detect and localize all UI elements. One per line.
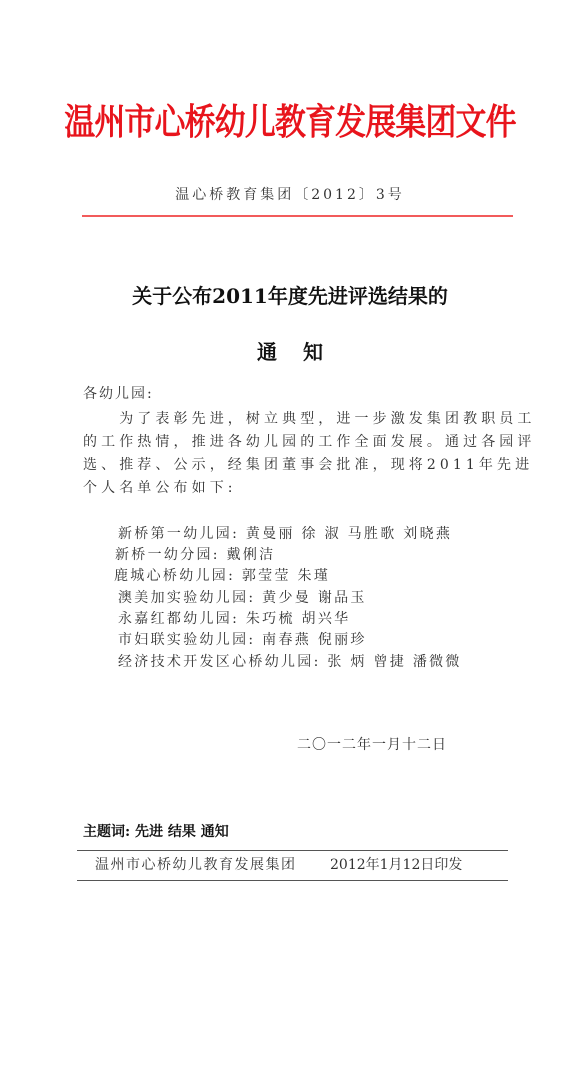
honoree-list-item: 澳美加实验幼儿园: 黄少曼 谢品玉 bbox=[118, 588, 367, 608]
issuer-name: 温州市心桥幼儿教育发展集团 bbox=[95, 855, 297, 875]
masthead-title: 温州市心桥幼儿教育发展集团文件 bbox=[41, 98, 540, 146]
honoree-list-item: 新桥第一幼儿园: 黄曼丽 徐 淑 马胜歌 刘晓燕 bbox=[118, 524, 452, 544]
paragraph-line: 选、推荐、公示，经集团董事会批准，现将2011年先进 bbox=[83, 455, 533, 475]
keywords-line: 主题词: 先进 结果 通知 bbox=[83, 822, 229, 842]
notice-title: 关于公布2011年度先进评选结果的 bbox=[0, 282, 580, 310]
honoree-list-item: 新桥一幼分园: 戴俐洁 bbox=[115, 545, 275, 565]
honoree-list-item: 永嘉红都幼儿园: 朱巧梳 胡兴华 bbox=[118, 609, 350, 629]
document-date: 二〇一二年一月十二日 bbox=[297, 735, 447, 755]
honoree-list-item: 经济技术开发区心桥幼儿园: 张 炳 曾捷 潘微微 bbox=[118, 652, 462, 672]
notice-subtitle: 通知 bbox=[0, 338, 580, 366]
footer-divider-bottom bbox=[77, 880, 508, 881]
red-divider bbox=[82, 215, 513, 217]
salutation: 各幼儿园: bbox=[83, 384, 154, 404]
footer-divider-top bbox=[77, 850, 508, 851]
honoree-list-item: 鹿城心桥幼儿园: 郭莹莹 朱瑾 bbox=[114, 566, 330, 586]
honoree-list-item: 市妇联实验幼儿园: 南春燕 倪丽珍 bbox=[118, 630, 367, 650]
paragraph-line: 为了表彰先进，树立典型，进一步激发集团教职员工 bbox=[83, 409, 536, 429]
paragraph-line: 的工作热情，推进各幼儿园的工作全面发展。通过各园评 bbox=[83, 432, 536, 452]
document-number: 温心桥教育集团〔2012〕3号 bbox=[0, 185, 580, 205]
issue-date: 2012年1月12日印发 bbox=[330, 855, 462, 875]
paragraph-line: 个人名单公布如下: bbox=[83, 478, 237, 498]
